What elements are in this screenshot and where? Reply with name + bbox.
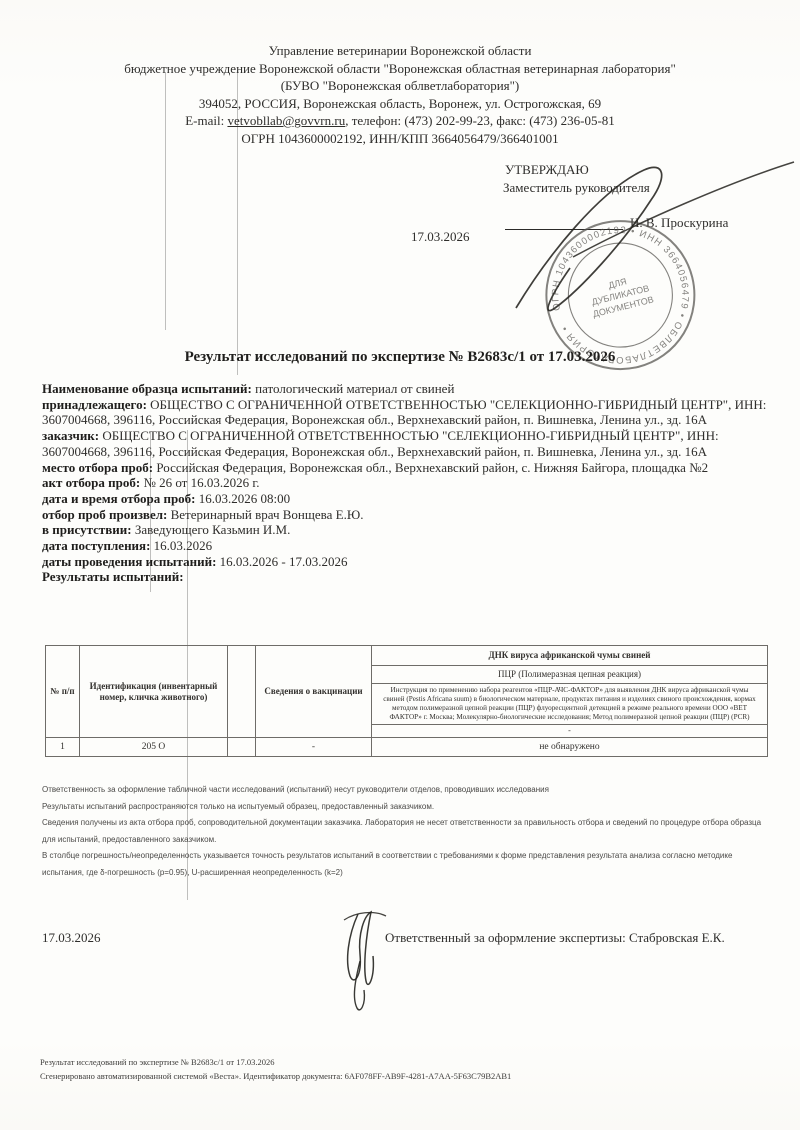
col-header-id: Идентификация (инвентарный номер, кличка…: [80, 646, 228, 738]
org-contacts: E-mail: vetvobllab@govvrn.ru, телефон: (…: [0, 112, 800, 130]
detail-line-witness: в присутствии: Заведующего Казьмин И.М.: [42, 522, 772, 538]
cell-num: 1: [46, 738, 80, 757]
detail-label: Результаты испытаний:: [42, 569, 184, 584]
email-link[interactable]: vetvobllab@govvrn.ru: [227, 113, 345, 128]
results-table: № п/п Идентификация (инвентарный номер, …: [45, 645, 768, 757]
col-header-num: № п/п: [46, 646, 80, 738]
document-footer: Результат исследований по экспертизе № В…: [40, 1056, 511, 1083]
footer-expertise-ref: Результат исследований по экспертизе № В…: [40, 1056, 511, 1070]
col-header-analyte: ДНК вируса африканской чумы свиней: [372, 646, 768, 666]
cell-blank: [228, 738, 256, 757]
org-department: Управление ветеринарии Воронежской облас…: [0, 42, 800, 60]
detail-line-sample: Наименование образца испытаний: патологи…: [42, 381, 772, 397]
footnote: Сведения получены из акта отбора проб, с…: [42, 815, 774, 848]
detail-line-sampler: отбор проб произвел: Ветеринарный врач В…: [42, 507, 772, 523]
details-block: Наименование образца испытаний: патологи…: [42, 381, 772, 585]
col-header-method: ПЦР (Полимеразная цепная реакция): [372, 666, 768, 684]
detail-label: даты проведения испытаний:: [42, 554, 216, 569]
detail-line-received-date: дата поступления: 16.03.2026: [42, 538, 772, 554]
detail-value: 16.03.2026 - 17.03.2026: [220, 554, 348, 569]
detail-line-sampling-datetime: дата и время отбора проб: 16.03.2026 08:…: [42, 491, 772, 507]
org-registration-numbers: ОГРН 1043600002192, ИНН/КПП 3664056479/3…: [0, 130, 800, 148]
detail-line-sampling-act: акт отбора проб: № 26 от 16.03.2026 г.: [42, 475, 772, 491]
col-header-blank: [228, 646, 256, 738]
col-header-method-description: Инструкция по применению набора реагенто…: [372, 684, 768, 725]
detail-value: ОБЩЕСТВО С ОГРАНИЧЕННОЙ ОТВЕТСТВЕННОСТЬЮ…: [42, 397, 766, 428]
cell-id: 205 О: [80, 738, 228, 757]
detail-value: Заведующего Казьмин И.М.: [135, 522, 290, 537]
detail-label: место отбора проб:: [42, 460, 153, 475]
col-header-vaccination: Сведения о вакцинации: [256, 646, 372, 738]
detail-label: Наименование образца испытаний:: [42, 381, 252, 396]
footnote: Результаты испытаний распространяются то…: [42, 799, 774, 816]
email-label: E-mail:: [185, 113, 224, 128]
table-header-row: № п/п Идентификация (инвентарный номер, …: [46, 646, 768, 666]
detail-line-customer: заказчик: ОБЩЕСТВО С ОГРАНИЧЕННОЙ ОТВЕТС…: [42, 428, 772, 459]
col-header-uncertainty: -: [372, 725, 768, 738]
detail-label: в присутствии:: [42, 522, 132, 537]
detail-value: 16.03.2026 08:00: [199, 491, 290, 506]
org-name: бюджетное учреждение Воронежской области…: [0, 60, 800, 78]
signing-date: 17.03.2026: [42, 930, 101, 946]
footer-generated-by: Сгенерировано автоматизированной системо…: [40, 1070, 511, 1084]
document-title: Результат исследований по экспертизе № В…: [0, 349, 800, 366]
approval-date: 17.03.2026: [411, 229, 470, 245]
letterhead: Управление ветеринарии Воронежской облас…: [0, 42, 800, 147]
phone-fax: , телефон: (473) 202-99-23, факс: (473) …: [345, 113, 615, 128]
footnote: Ответственность за оформление табличной …: [42, 782, 774, 799]
detail-line-testing-dates: даты проведения испытаний: 16.03.2026 - …: [42, 554, 772, 570]
table-row: 1 205 О - не обнаружено: [46, 738, 768, 757]
detail-line-sampling-place: место отбора проб: Российская Федерация,…: [42, 460, 772, 476]
detail-label: заказчик:: [42, 428, 99, 443]
detail-label: акт отбора проб:: [42, 475, 140, 490]
scanned-document-page: Управление ветеринарии Воронежской облас…: [0, 0, 800, 1130]
approver-signature-icon: [478, 150, 798, 325]
footnotes-block: Ответственность за оформление табличной …: [42, 782, 774, 881]
detail-line-owner: принадлежащего: ОБЩЕСТВО С ОГРАНИЧЕННОЙ …: [42, 397, 772, 428]
detail-label: дата и время отбора проб:: [42, 491, 196, 506]
org-short-name: (БУВО "Воронежская облветлаборатория"): [0, 77, 800, 95]
detail-label: принадлежащего:: [42, 397, 147, 412]
cell-vaccination: -: [256, 738, 372, 757]
detail-value: Российская Федерация, Воронежская обл., …: [156, 460, 708, 475]
detail-value: патологический материал от свиней: [255, 381, 454, 396]
org-address: 394052, РОССИЯ, Воронежская область, Вор…: [0, 95, 800, 113]
detail-value: ОБЩЕСТВО С ОГРАНИЧЕННОЙ ОТВЕТСТВЕННОСТЬЮ…: [42, 428, 719, 459]
detail-label: дата поступления:: [42, 538, 150, 553]
detail-line-results-heading: Результаты испытаний:: [42, 569, 772, 585]
detail-value: 16.03.2026: [154, 538, 213, 553]
detail-value: Ветеринарный врач Вонщева Е.Ю.: [171, 507, 364, 522]
responsible-signature-icon: [330, 906, 390, 1014]
detail-value: № 26 от 16.03.2026 г.: [143, 475, 259, 490]
cell-result: не обнаружено: [372, 738, 768, 757]
responsible-person: Ответственный за оформление экспертизы: …: [385, 930, 725, 946]
detail-label: отбор проб произвел:: [42, 507, 167, 522]
footnote: В столбце погрешность/неопределенность у…: [42, 848, 774, 881]
